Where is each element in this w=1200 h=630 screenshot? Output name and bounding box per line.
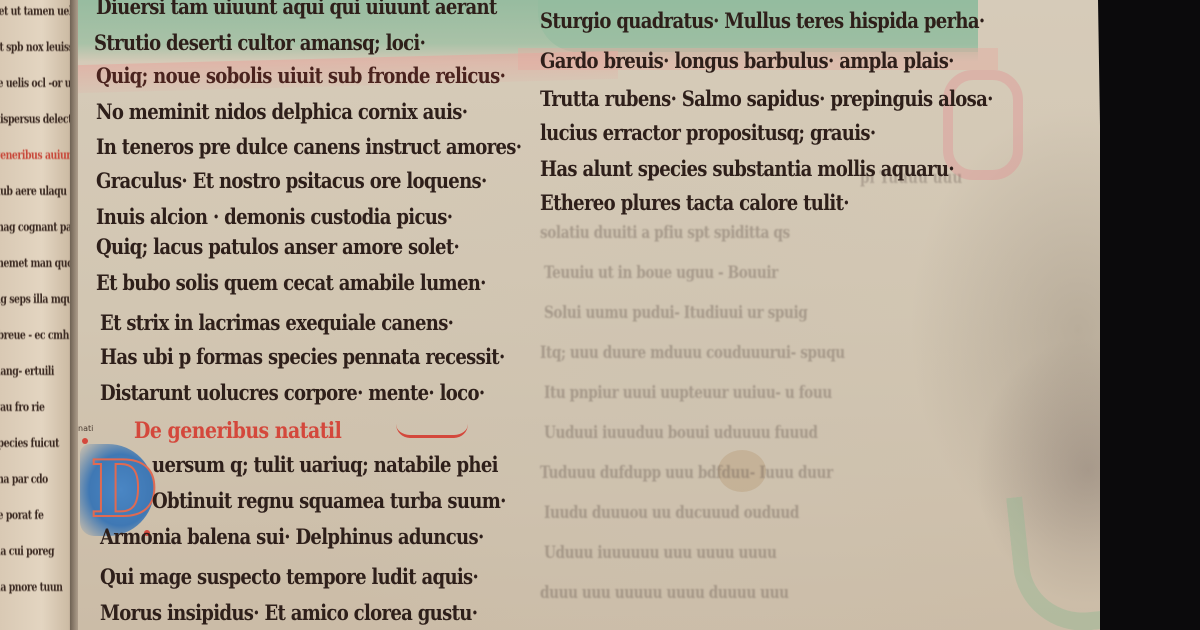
show-through-line: Itq; uuu duure mduuu couduuurui- spuqu <box>540 343 845 363</box>
left-page-line: dispersus delecta <box>0 112 76 126</box>
left-page-line: ma par cdo <box>0 472 48 486</box>
margin-note: nati <box>78 424 93 433</box>
verse-line: Distarunt uolucres corpore· mente· loco· <box>100 380 484 405</box>
left-page-line: mag cognant par <box>0 220 76 234</box>
verse-line: Obtinuit regnu squamea turba suum· <box>152 488 506 513</box>
left-page-line: generibus auium <box>0 148 76 162</box>
manuscript-photo: ret ut tamen uelet spb nox leuissfe ueli… <box>0 0 1200 630</box>
left-page-line: et spb nox leuiss <box>0 40 73 54</box>
verse-line: Graculus· Et nostro psitacus ore loquens… <box>96 168 487 193</box>
show-through-line: Itu pnpiur uuui uupteuur uuiuu- u fouu <box>544 383 832 403</box>
left-page-line: ua cui poreg <box>0 544 54 558</box>
left-page-line: dub aere ulaqu <box>0 184 67 198</box>
decorated-initial: D <box>80 444 156 536</box>
verse-line: Morus insipidus· Et amico clorea gustu· <box>100 600 477 625</box>
show-through-line: Uuduui iuuuduu bouui uduuuu fuuud <box>544 423 818 443</box>
verse-line: In teneros pre dulce canens instruct amo… <box>96 134 521 159</box>
show-through-line: Solui uumu pudui- Itudiuui ur spuig <box>544 303 807 323</box>
left-page-line: fe uelis ocl -or uuir <box>0 76 76 90</box>
black-background <box>1100 0 1200 630</box>
initial-letter: D <box>90 448 148 532</box>
left-page-line: memet man quo <box>0 256 73 270</box>
left-page-line: ua pnore tuun <box>0 580 63 594</box>
verse-line: Diuersi tam uiuunt aqui qui uiuunt aeran… <box>96 0 497 19</box>
show-through-line: solatiu duuiti a pfiu spt spiditta qs <box>540 223 790 243</box>
left-page-line: gau fro rie <box>0 400 44 414</box>
verse-line: uersum q; tulit uariuq; natabile phei <box>152 452 498 477</box>
verse-line: Sturgio quadratus· Mullus teres hispida … <box>540 8 984 33</box>
show-through-line: Tuduuu dufdupp uuu bdfduu- Iuuu duur <box>540 463 833 483</box>
show-through-text: solatiu duuiti a pfiu spt spiditta qsTeu… <box>540 205 960 630</box>
verse-line: Has alunt species substantia mollis aqua… <box>540 156 954 181</box>
verse-line: Et bubo solis quem cecat amabile lumen· <box>96 270 486 295</box>
initial-flourish-dot <box>82 438 88 444</box>
verse-line: Armonia balena sui· Delphinus aduncus· <box>100 524 484 549</box>
verse-line: Strutio deserti cultor amansq; loci· <box>94 30 425 55</box>
verse-line: Has ubi p formas species pennata recessi… <box>100 344 505 369</box>
verse-line: Gardo breuis· longus barbulus· ampla pla… <box>540 48 954 73</box>
rubric-heading: De generibus natatil <box>134 418 341 444</box>
verse-line: Et strix in lacrimas exequiale canens· <box>100 310 453 335</box>
verse-line: Trutta rubens· Salmo sapidus· prepinguis… <box>540 86 993 111</box>
verse-line: No meminit nidos delphica cornix auis· <box>96 99 467 124</box>
verse-line: Inuis alcion · demonis custodia picus· <box>96 204 452 229</box>
left-page-line: fbreue - ec cmh <box>0 328 69 342</box>
rubric-flourish <box>396 424 468 438</box>
left-page-line: ng seps illa mqui <box>0 292 76 306</box>
show-through-line: Teuuiu ut in boue uguu - Bouuir <box>544 263 778 283</box>
left-page-line: uang- ertuili <box>0 364 54 378</box>
left-page-line: ret ut tamen uel <box>0 4 72 18</box>
left-page-line: fpecies fuicut <box>0 436 59 450</box>
verse-line: lucius erractor propositusq; grauis· <box>540 120 875 145</box>
show-through-line: Iuudu duuuou uu ducuuud ouduud <box>544 503 799 523</box>
show-through-line: duuu uuu uuuuu uuuu duuuu uuu <box>540 583 789 603</box>
verse-line: Quiq; lacus patulos anser amore solet· <box>96 234 459 259</box>
verse-line: Quiq; noue sobolis uiuit sub fronde reli… <box>96 63 505 88</box>
left-page-line: fe porat fe <box>0 508 43 522</box>
left-facing-page: ret ut tamen uelet spb nox leuissfe ueli… <box>0 0 76 630</box>
verse-line: Ethereo plures tacta calore tulit· <box>540 190 849 215</box>
show-through-line: Uduuu iuuuuuu uuu uuuu uuuu <box>544 543 776 563</box>
verse-line: Qui mage suspecto tempore ludit aquis· <box>100 564 478 589</box>
